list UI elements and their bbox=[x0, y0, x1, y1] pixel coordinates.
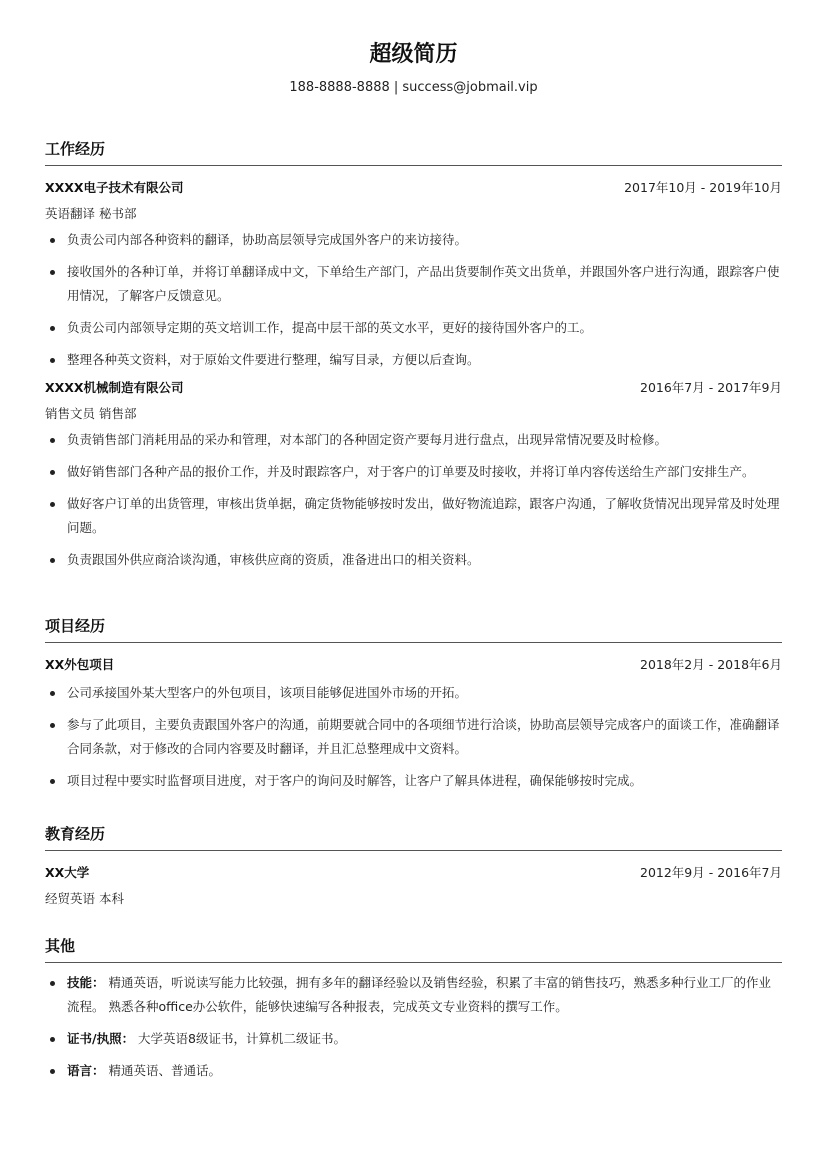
list-item: 项目过程中要实时监督项目进度，对于客户的询问及时解答，让客户了解具体进程，确保能… bbox=[45, 769, 782, 793]
resume-name: 超级简历 bbox=[45, 40, 782, 70]
languages-label: 语言： bbox=[67, 1063, 105, 1078]
company-name: XXXX电子技术有限公司 bbox=[45, 178, 184, 196]
list-item: 负责销售部门消耗用品的采办和管理，对本部门的各种固定资产要每月进行盘点，出现异常… bbox=[45, 428, 782, 452]
list-item: 参与了此项目，主要负责跟国外客户的沟通，前期要就合同中的各项细节进行洽谈，协助高… bbox=[45, 713, 782, 761]
company-name: XXXX机械制造有限公司 bbox=[45, 378, 184, 396]
other-list: 技能： 精通英语，听说读写能力比较强，拥有多年的翻译经验以及销售经验，积累了丰富… bbox=[45, 971, 782, 1083]
list-item: 负责公司内部各种资料的翻译，协助高层领导完成国外客户的来访接待。 bbox=[45, 228, 782, 252]
work-entry-2: XXXX机械制造有限公司 2016年7月 - 2017年9月 销售文员 销售部 … bbox=[45, 374, 782, 572]
contact-info: 188-8888-8888 | success@jobmail.vip bbox=[45, 78, 782, 98]
project-duty-list: 公司承接国外某大型客户的外包项目，该项目能够促进国外市场的开拓。 参与了此项目，… bbox=[45, 681, 782, 793]
section-other: 其他 技能： 精通英语，听说读写能力比较强，拥有多年的翻译经验以及销售经验，积累… bbox=[45, 935, 782, 1091]
date-range: 2012年9月 - 2016年7月 bbox=[640, 863, 782, 881]
major-degree: 经贸英语 本科 bbox=[45, 885, 782, 913]
section-title-work: 工作经历 bbox=[45, 138, 782, 166]
section-projects: 项目经历 XX外包项目 2018年2月 - 2018年6月 公司承接国外某大型客… bbox=[45, 615, 782, 801]
section-title-projects: 项目经历 bbox=[45, 615, 782, 643]
list-item-certificates: 证书/执照： 大学英语8级证书，计算机二级证书。 bbox=[45, 1027, 782, 1051]
list-item: 做好客户订单的出货管理，审核出货单据，确定货物能够按时发出，做好物流追踪，跟客户… bbox=[45, 492, 782, 540]
date-range: 2018年2月 - 2018年6月 bbox=[640, 655, 782, 673]
list-item: 做好销售部门各种产品的报价工作，并及时跟踪客户，对于客户的订单要及时接收，并将订… bbox=[45, 460, 782, 484]
certificates-text: 大学英语8级证书，计算机二级证书。 bbox=[134, 1031, 346, 1046]
date-range: 2017年10月 - 2019年10月 bbox=[624, 178, 782, 196]
duty-list: 负责公司内部各种资料的翻译，协助高层领导完成国外客户的来访接待。 接收国外的各种… bbox=[45, 228, 782, 372]
list-item: 接收国外的各种订单，并将订单翻译成中文，下单给生产部门，产品出货要制作英文出货单… bbox=[45, 260, 782, 308]
list-item: 整理各种英文资料，对于原始文件要进行整理，编写目录，方便以后查询。 bbox=[45, 348, 782, 372]
section-title-education: 教育经历 bbox=[45, 823, 782, 851]
section-work: 工作经历 XXXX电子技术有限公司 2017年10月 - 2019年10月 英语… bbox=[45, 138, 782, 580]
list-item: 负责公司内部领导定期的英文培训工作，提高中层干部的英文水平，更好的接待国外客户的… bbox=[45, 316, 782, 340]
job-role: 英语翻译 秘书部 bbox=[45, 200, 782, 228]
project-entry-1: XX外包项目 2018年2月 - 2018年6月 公司承接国外某大型客户的外包项… bbox=[45, 651, 782, 793]
project-name: XX外包项目 bbox=[45, 655, 114, 673]
date-range: 2016年7月 - 2017年9月 bbox=[640, 378, 782, 396]
skills-text: 精通英语，听说读写能力比较强，拥有多年的翻译经验以及销售经验，积累了丰富的销售技… bbox=[67, 975, 771, 1014]
school-name: XX大学 bbox=[45, 863, 89, 881]
list-item-skills: 技能： 精通英语，听说读写能力比较强，拥有多年的翻译经验以及销售经验，积累了丰富… bbox=[45, 971, 782, 1019]
work-entry-1: XXXX电子技术有限公司 2017年10月 - 2019年10月 英语翻译 秘书… bbox=[45, 174, 782, 372]
list-item-languages: 语言： 精通英语、普通话。 bbox=[45, 1059, 782, 1083]
skills-label: 技能： bbox=[67, 975, 105, 990]
list-item: 负责跟国外供应商洽谈沟通，审核供应商的资质，准备进出口的相关资料。 bbox=[45, 548, 782, 572]
languages-text: 精通英语、普通话。 bbox=[105, 1063, 221, 1078]
certificates-label: 证书/执照： bbox=[67, 1031, 134, 1046]
section-education: 教育经历 XX大学 2012年9月 - 2016年7月 经贸英语 本科 bbox=[45, 823, 782, 913]
duty-list: 负责销售部门消耗用品的采办和管理，对本部门的各种固定资产要每月进行盘点，出现异常… bbox=[45, 428, 782, 572]
section-title-other: 其他 bbox=[45, 935, 782, 963]
job-role: 销售文员 销售部 bbox=[45, 400, 782, 428]
education-entry-1: XX大学 2012年9月 - 2016年7月 经贸英语 本科 bbox=[45, 859, 782, 913]
list-item: 公司承接国外某大型客户的外包项目，该项目能够促进国外市场的开拓。 bbox=[45, 681, 782, 705]
